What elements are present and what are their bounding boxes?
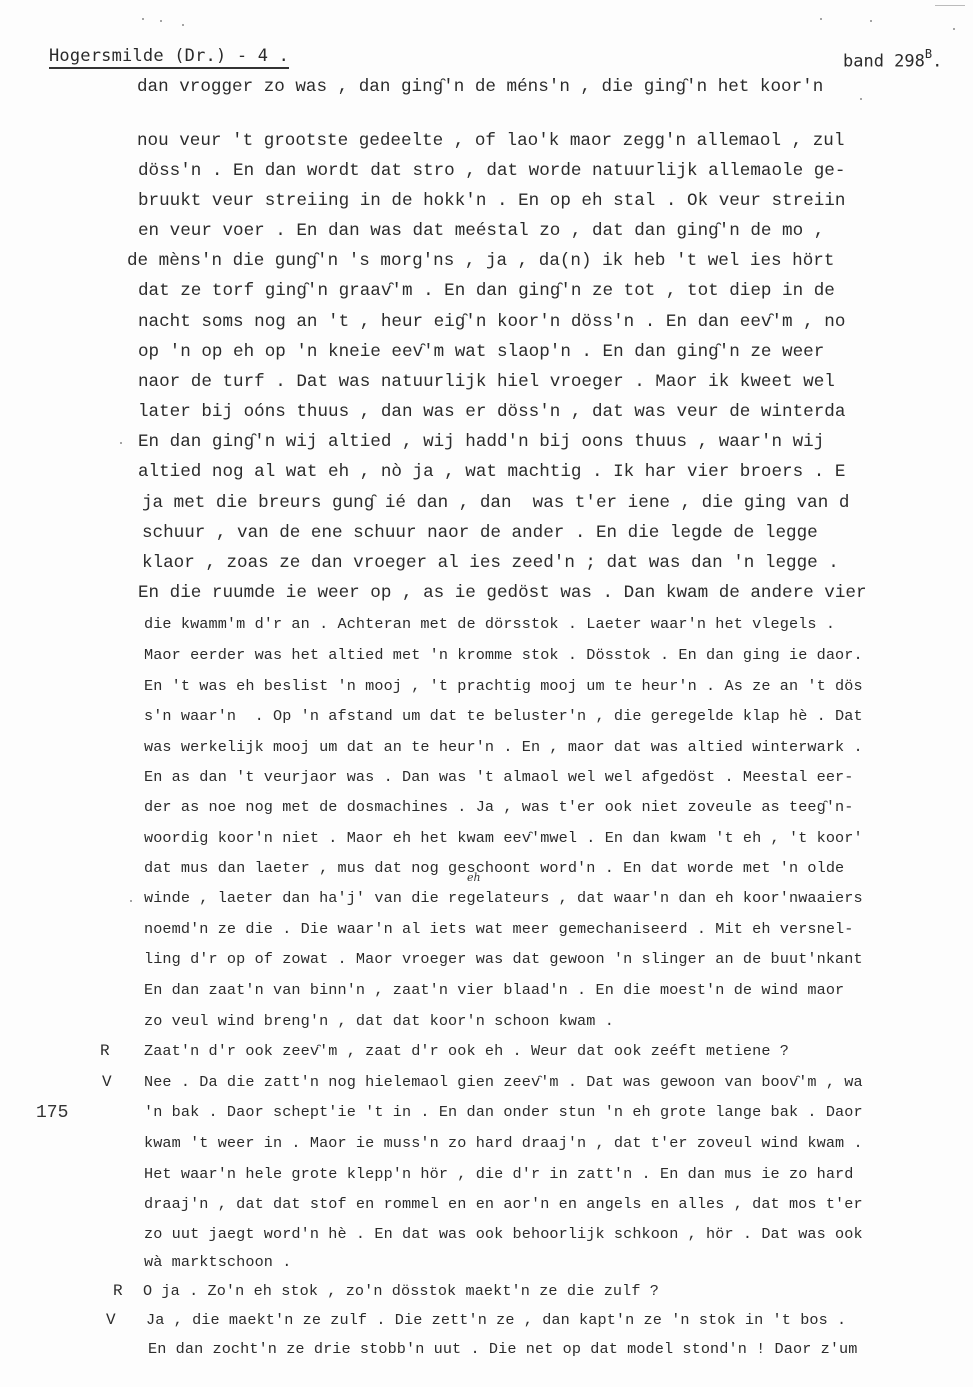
transcript-line: En dan zocht'n ze drie stobb'n uut . Die…: [148, 1339, 857, 1359]
scan-speck: [120, 442, 122, 444]
scan-speck: [870, 20, 872, 22]
transcript-line: En as dan 't veurjaor was . Dan was 't a…: [144, 767, 853, 787]
transcript-line: Maor eerder was het altied met 'n kromme…: [144, 645, 863, 665]
transcript-line: woordig koor'n niet . Maor eh het kwam e…: [144, 828, 863, 848]
band-superscript: B: [925, 47, 932, 61]
scan-speck: [820, 18, 822, 20]
transcript-line: En dan ging̑'n wij altied , wij hadd'n b…: [138, 432, 824, 452]
transcript-line: nou veur 't grootste gedeelte , of lao'k…: [137, 131, 844, 151]
transcript-line: naor de turf . Dat was natuurlijk hiel v…: [138, 372, 835, 392]
document-location-header: Hogersmilde (Dr.) - 4 .: [49, 46, 289, 69]
scan-speck: [953, 28, 955, 30]
scan-mark: [935, 5, 965, 6]
band-number: band 298B.: [843, 46, 942, 72]
transcript-line: En dan zaat'n van binn'n , zaat'n vier b…: [144, 980, 844, 1000]
transcript-line: O ja . Zo'n eh stok , zo'n dösstok maekt…: [143, 1281, 659, 1301]
scan-speck: [160, 20, 162, 22]
transcript-line: 'n bak . Daor schept'ie 't in . En dan o…: [144, 1102, 863, 1122]
scan-speck: [860, 98, 862, 100]
handwritten-annotation: eh: [467, 871, 481, 884]
transcript-line: altied nog al wat eh , nò ja , wat macht…: [138, 462, 845, 482]
transcript-line: Zaat'n d'r ook zeev̑'m , zaat d'r ook eh…: [144, 1041, 789, 1061]
transcript-line: was werkelijk mooj um dat an te heur'n .…: [144, 737, 863, 757]
transcript-line: klaor , zoas ze dan vroeger al ies zeed'…: [142, 553, 839, 573]
scan-speck: [182, 24, 184, 26]
transcript-line: winde , laeter dan ha'j' van die regelat…: [144, 888, 863, 908]
transcript-line: ja met die breurs gung̑ ié dan , dan was…: [142, 493, 849, 513]
transcript-line: dan vrogger zo was , dan ging̑'n de méns…: [137, 77, 823, 97]
transcript-line: later bij oóns thuus , dan was er döss'n…: [138, 402, 845, 422]
transcript-line: der as noe nog met de dosmachines . Ja ,…: [144, 797, 853, 817]
transcript-line: Het waar'n hele grote klepp'n hör , die …: [144, 1164, 853, 1184]
transcript-line: schuur , van de ene schuur naor de ander…: [142, 523, 818, 543]
transcript-line: ling d'r op of zowat . Maor vroeger was …: [144, 949, 863, 969]
transcript-line: draaj'n , dat dat stof en rommel en en a…: [144, 1194, 863, 1214]
transcript-line: die kwamm'm d'r an . Achteran met de dör…: [144, 614, 835, 634]
scan-speck: [130, 900, 132, 902]
speaker-label-r: R: [100, 1041, 110, 1061]
transcript-line: de mèns'n die gung̑'n 's morg'ns , ja , …: [127, 251, 834, 271]
transcript-line: döss'n . En dan wordt dat stro , dat wor…: [138, 161, 845, 181]
transcript-line: op 'n op eh op 'n kneie eev̑'m wat slaop…: [138, 342, 824, 362]
transcript-line: dat ze torf ging̑'n graav̑'m . En dan gi…: [138, 281, 835, 301]
speaker-label-v: V: [106, 1310, 116, 1330]
scan-speck: [468, 985, 470, 987]
transcript-line: s'n waar'n . Op 'n afstand um dat te bel…: [144, 706, 863, 726]
transcript-line: wà marktschoon .: [144, 1252, 291, 1272]
speaker-label-v: V: [102, 1072, 112, 1092]
transcript-line: En 't was eh beslist 'n mooj , 't pracht…: [144, 676, 863, 696]
transcript-line: zo veul wind breng'n , dat dat koor'n sc…: [144, 1011, 614, 1031]
transcript-line: nacht soms nog an 't , heur eig̑'n koor'…: [138, 312, 845, 332]
transcript-line: Nee . Da die zatt'n nog hielemaol gien z…: [144, 1072, 863, 1092]
typewritten-transcript-page: Hogersmilde (Dr.) - 4 . band 298B. dan v…: [0, 0, 973, 1387]
speaker-label-r: R: [113, 1281, 123, 1301]
transcript-line: kwam 't weer in . Maor ie muss'n zo hard…: [144, 1133, 863, 1153]
band-suffix: .: [932, 52, 942, 72]
transcript-line: zo uut jaegt word'n hè . En dat was ook …: [144, 1224, 863, 1244]
band-prefix: band 298: [843, 52, 925, 72]
transcript-line: dat mus dan laeter , mus dat nog geschoo…: [144, 858, 844, 878]
transcript-line: noemd'n ze die . Die waar'n al iets wat …: [144, 919, 853, 939]
transcript-line: bruukt veur streiing in de hokk'n . En o…: [138, 191, 845, 211]
margin-counter-number: 175: [36, 1103, 68, 1123]
scan-speck: [142, 18, 144, 20]
transcript-line: en veur voer . En dan was dat meéstal zo…: [138, 221, 824, 241]
transcript-line: Ja , die maekt'n ze zulf . Die zett'n ze…: [146, 1310, 846, 1330]
transcript-line: En die ruumde ie weer op , as ie gedöst …: [138, 583, 867, 603]
